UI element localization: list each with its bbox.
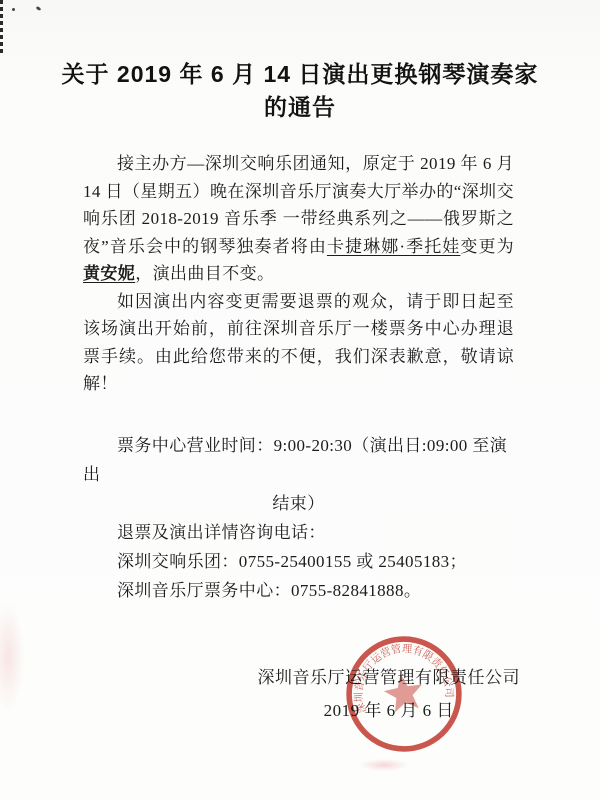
notice-title-line2: 的通告 <box>60 91 540 124</box>
signature-date: 2019 年 6 月 6 日 <box>258 694 521 727</box>
ink-smudge-artifact <box>0 582 30 732</box>
paragraph-change-mid: 变更为 <box>460 237 514 256</box>
phone-inquiry-heading: 退票及演出详情咨询电话： <box>83 518 514 547</box>
phone-concert-hall: 深圳音乐厅票务中心：0755-82841888。 <box>83 576 514 605</box>
scan-edge-artifact <box>0 0 3 56</box>
scan-speck-artifact <box>12 8 15 11</box>
new-pianist-name: 黄安妮 <box>83 264 135 283</box>
old-pianist-name: 卡捷琳娜·季托娃 <box>327 237 460 256</box>
notice-title-line1: 关于 2019 年 6 月 14 日演出更换钢琴演奏家 <box>60 58 540 91</box>
ticket-hours-continuation: 结束） <box>83 489 514 518</box>
ticket-info-section: 票务中心营业时间：9:00-20:30（演出日:09:00 至演出 结束） 退票… <box>83 431 514 605</box>
signature-block: 深圳音乐厅运营管理有限责任公司 2019 年 6 月 6 日 <box>258 661 521 727</box>
notice-document-page: 关于 2019 年 6 月 14 日演出更换钢琴演奏家 的通告 接主办方—深圳交… <box>0 0 600 800</box>
ink-smudge-artifact <box>352 757 416 773</box>
paragraph-refund-notice: 如因演出内容变更需要退票的观众，请于即日起至该场演出开始前，前往深圳音乐厅一楼票… <box>83 288 514 398</box>
notice-title: 关于 2019 年 6 月 14 日演出更换钢琴演奏家 的通告 <box>60 58 540 124</box>
notice-body: 接主办方—深圳交响乐团通知，原定于 2019 年 6 月 14 日（星期五）晚在… <box>83 150 514 605</box>
paragraph-change-notice: 接主办方—深圳交响乐团通知，原定于 2019 年 6 月 14 日（星期五）晚在… <box>83 150 514 288</box>
scan-speck-artifact <box>36 6 42 11</box>
ticket-hours-line: 票务中心营业时间：9:00-20:30（演出日:09:00 至演出 <box>83 431 514 489</box>
phone-orchestra: 深圳交响乐团：0755-25400155 或 25405183； <box>83 547 514 576</box>
signature-company: 深圳音乐厅运营管理有限责任公司 <box>258 661 521 694</box>
paragraph-change-post: ，演出曲目不变。 <box>135 264 274 283</box>
